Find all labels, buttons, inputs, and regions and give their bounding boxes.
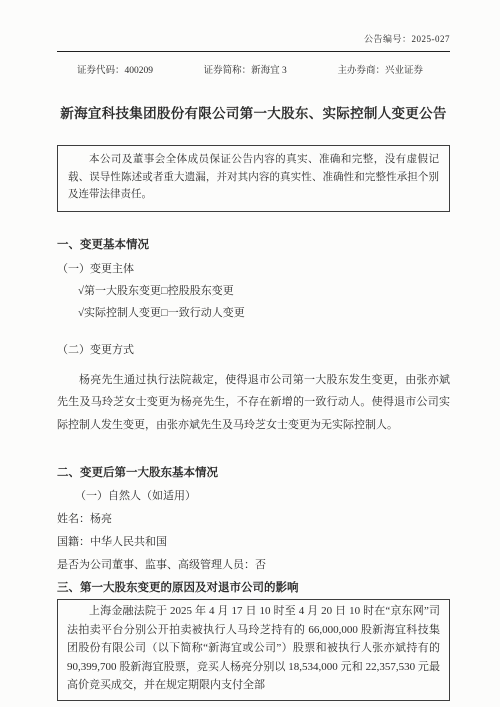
securities-info-row: 证券代码：400209 证券简称：新海宜 3 主办券商：兴业证券 (57, 65, 450, 78)
board-disclaimer-text: 本公司及董事会全体成员保证公告内容的真实、准确和完整，没有虚假记载、误导性陈述或… (68, 154, 439, 200)
shareholder-officer-status-line: 是否为公司董事、监事、高级管理人员：否 (57, 558, 450, 573)
shareholder-nationality-line: 国籍：中华人民共和国 (57, 535, 450, 550)
announcement-document-page: 公告编号：2025-027 证券代码：400209 证券简称：新海宜 3 主办券… (0, 0, 500, 707)
stock-code: 证券代码：400209 (77, 65, 153, 78)
unchecked-box-icon: □ (161, 307, 168, 319)
section1-subheading-change-subject: （一）变更主体 (57, 262, 450, 277)
unchecked-option-label: 控股股东变更 (168, 285, 234, 297)
document-content: 公告编号：2025-027 证券代码：400209 证券简称：新海宜 3 主办券… (0, 0, 500, 701)
section1-subheading-change-method: （二）变更方式 (57, 343, 450, 358)
shareholder-name-line: 姓名：杨亮 (57, 512, 450, 527)
announcement-number: 公告编号：2025-027 (57, 0, 450, 45)
auction-details-text: 上海金融法院于 2025 年 4 月 17 日 10 时至 4 月 20 日 1… (67, 605, 440, 691)
sponsor-broker: 主办券商：兴业证券 (337, 65, 423, 78)
section3-heading: 三、第一大股东变更的原因及对退市公司的影响 (57, 581, 450, 596)
page-title: 新海宜科技集团股份有限公司第一大股东、实际控制人变更公告 (57, 104, 450, 123)
unchecked-box-icon: □ (161, 285, 168, 297)
change-method-paragraph: 杨亮先生通过执行法院裁定，使得退市公司第一大股东发生变更，由张亦斌先生及马玲芝女… (57, 369, 450, 437)
section2-subheading-natural-person: （一）自然人（如适用） (57, 489, 450, 504)
checked-option-label: 第一大股东变更 (84, 285, 161, 297)
stock-short-name: 证券简称：新海宜 3 (204, 65, 287, 78)
change-option-line-2: √实际控制人变更□一致行动人变更 (57, 306, 450, 321)
section2-heading: 二、变更后第一大股东基本情况 (57, 466, 450, 481)
change-option-line-1: √第一大股东变更□控股股东变更 (57, 284, 450, 299)
section1-heading: 一、变更基本情况 (57, 238, 450, 253)
board-disclaimer-box: 本公司及董事会全体成员保证公告内容的真实、准确和完整，没有虚假记载、误导性陈述或… (57, 145, 450, 212)
checked-option-label: 实际控制人变更 (84, 307, 161, 319)
auction-details-box: 上海金融法院于 2025 年 4 月 17 日 10 时至 4 月 20 日 1… (57, 599, 450, 701)
header-divider (57, 51, 450, 52)
unchecked-option-label: 一致行动人变更 (168, 307, 245, 319)
